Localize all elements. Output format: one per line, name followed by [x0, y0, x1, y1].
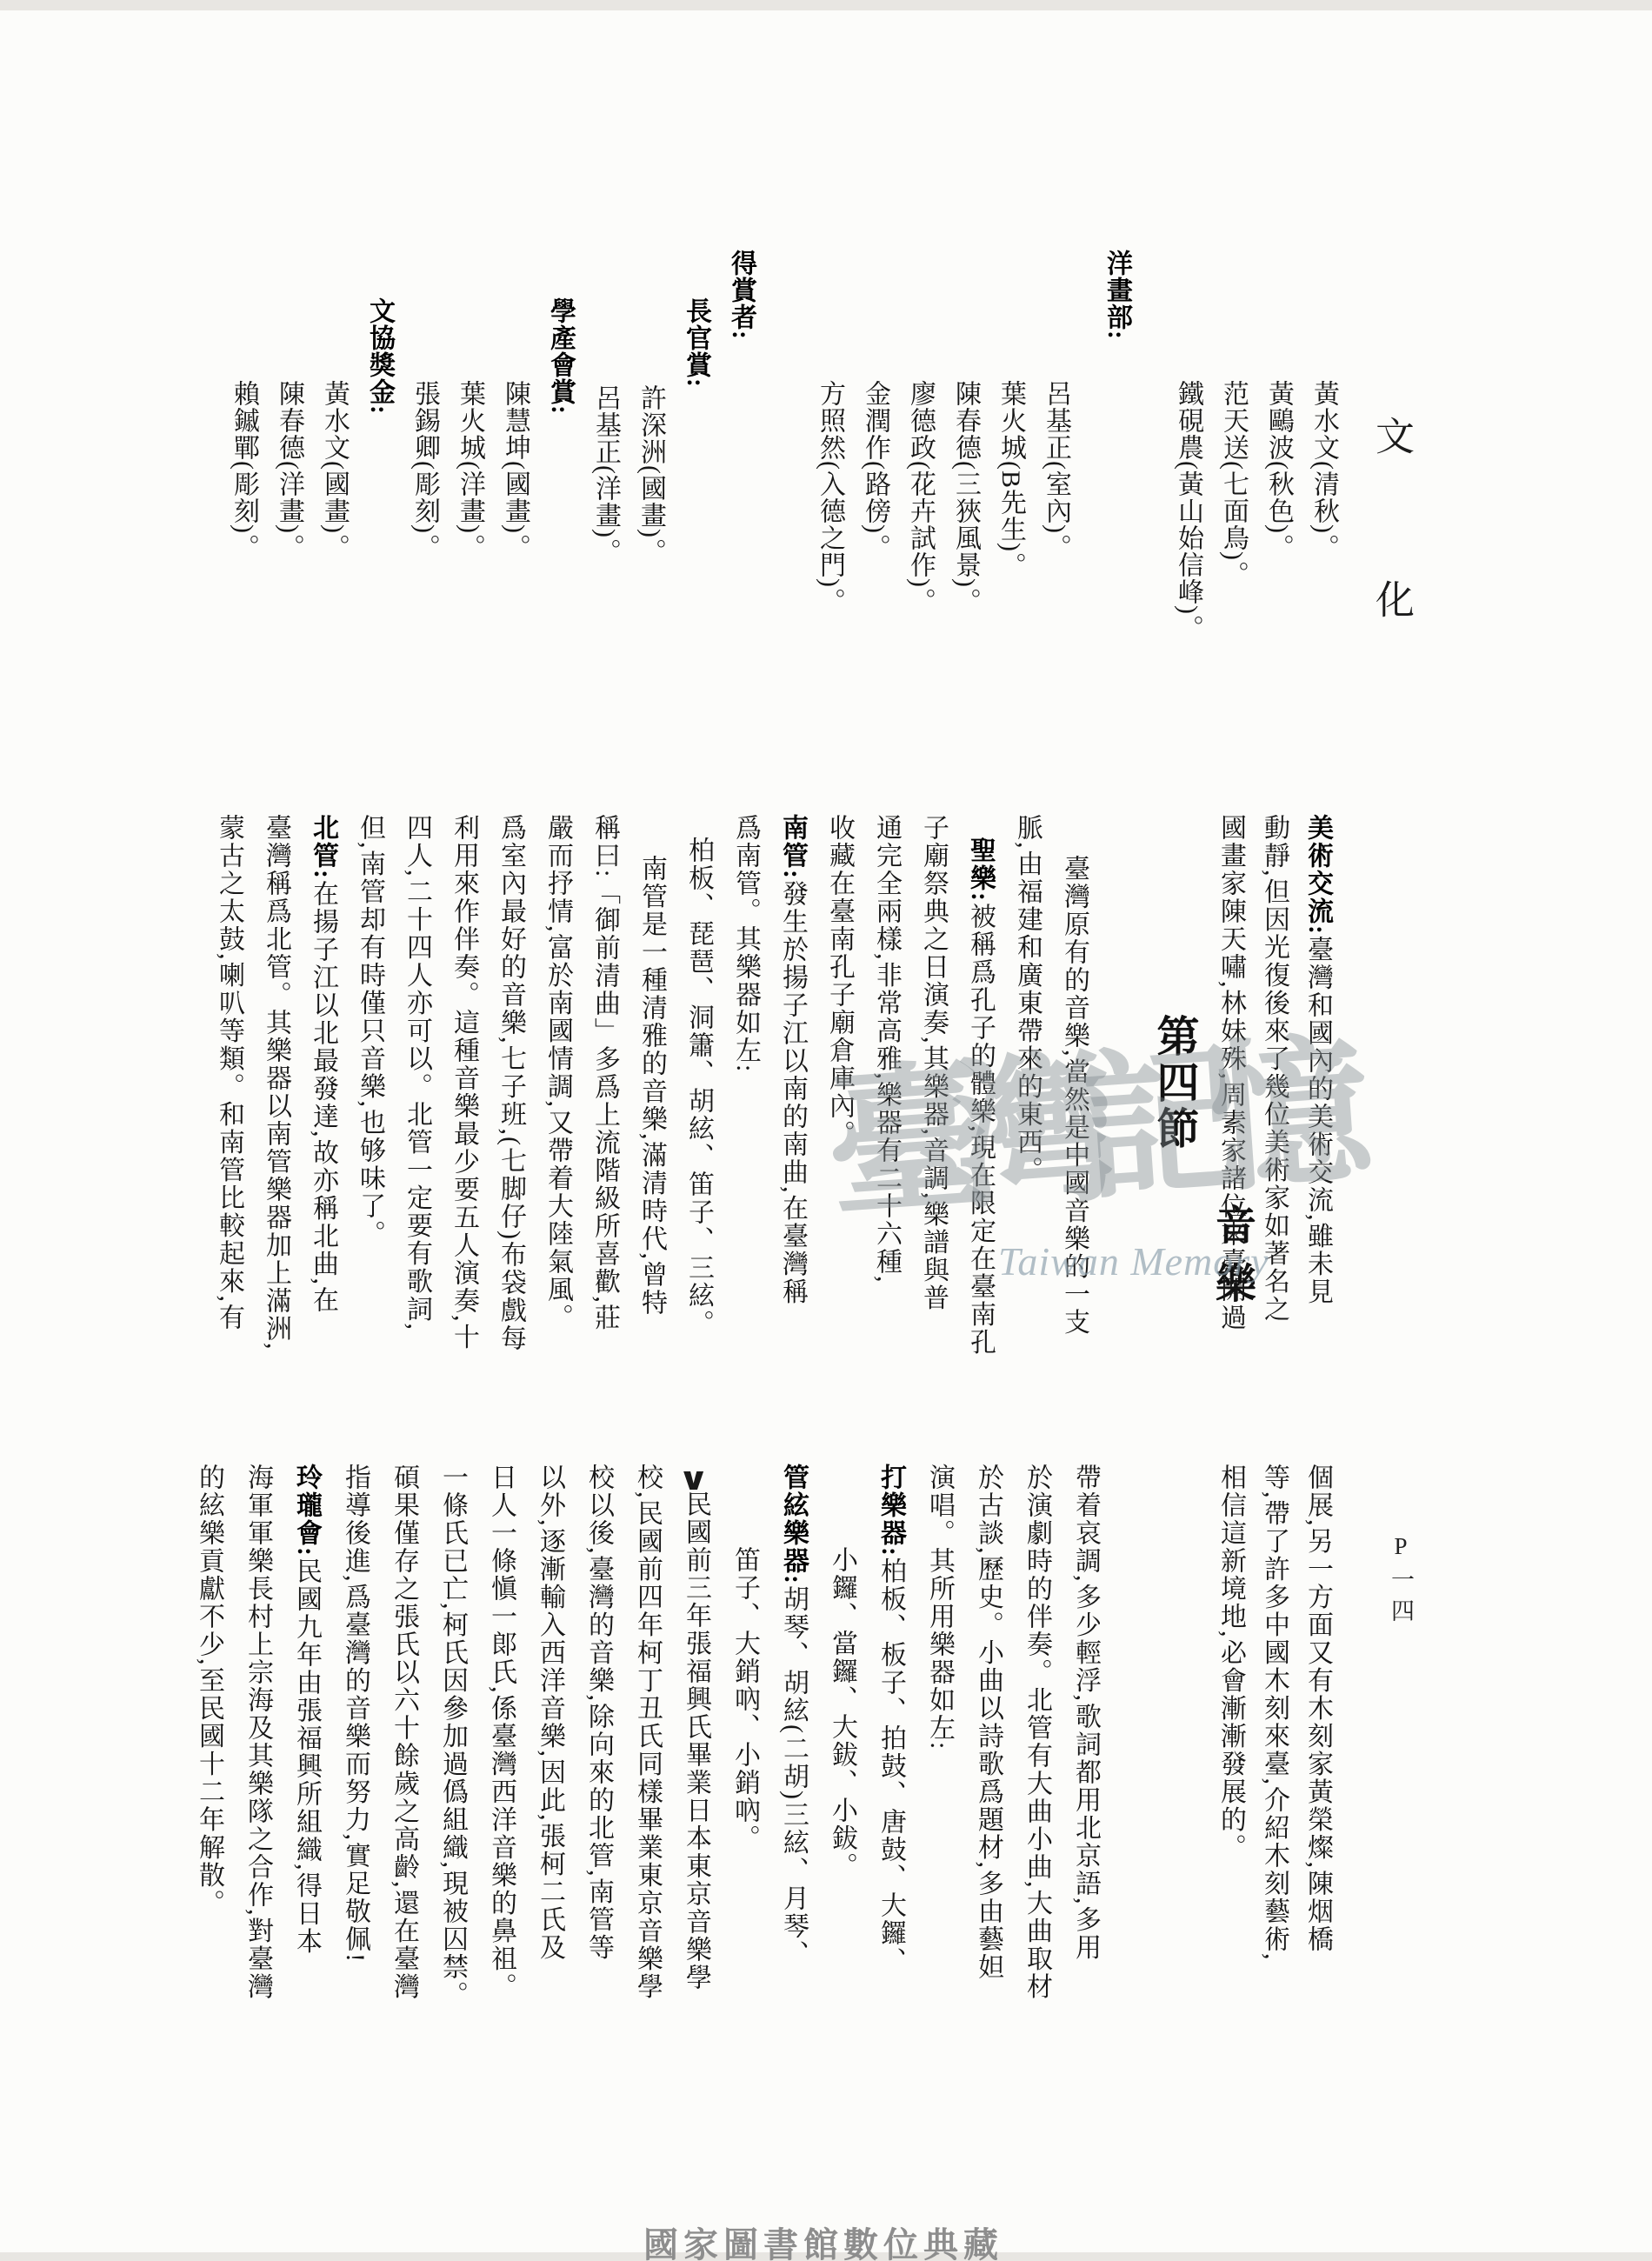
text-column: 管絃樂器:胡琴、胡絃(二胡)三絃、月琴、	[769, 1464, 817, 2072]
text-column: 於演劇時的伴奏。北管有大曲小曲,大曲取材	[1012, 1464, 1061, 2072]
text-column: 鐵硯農(黃山始信峰)。	[1165, 245, 1210, 732]
text-column: 美術交流:臺灣和國內的美術交流,雖未見	[1296, 814, 1339, 1423]
text-column: 脈,由福建和廣東帶來的東西。	[1003, 814, 1050, 1423]
text-column: 賴鏚鄲(彫刻)。	[221, 245, 266, 732]
art-exchange-paragraph: 美術交流:臺灣和國內的美術交流,雖未見動靜,但因光復後來了幾位美術家如著名之國畫…	[1209, 814, 1339, 1423]
text-column: 利用來作伴奏。這種音樂最少要五人演奏,十	[440, 814, 487, 1423]
text-column: 柏板、琵琶、洞簫、胡絃、笛子、三絃。	[675, 814, 722, 1423]
music-section-upper-text: 臺灣原有的音樂,當然是中國音樂的一支脈,由福建和廣東帶來的東西。聖樂:被稱爲孔子…	[205, 814, 1097, 1423]
text-column: 玲瓏會:民國九年由張福興所組織,得日本	[282, 1464, 330, 2072]
scan-edge-top	[0, 0, 1652, 10]
text-column: 許深洲(國畫)。	[628, 245, 673, 732]
text-column: 爲南管。其樂器如左:	[722, 814, 769, 1423]
paragraph-label: 長官賞:	[682, 297, 710, 388]
text-column: 但,南管却有時僅只音樂,也够味了。	[346, 814, 393, 1423]
text-column: 打樂器:柏板、板子、拍鼓、唐鼓、大鑼、	[866, 1464, 915, 2072]
text-column: 方照然(入德之門)。	[807, 245, 852, 732]
paragraph-label: 洋畫部:	[1102, 250, 1131, 340]
text-column: 陳春德(三狹風景)。	[943, 245, 988, 732]
text-column: 以外,逐漸輸入西洋音樂,因此,張柯二氏及	[525, 1464, 574, 2072]
text-column: 碩果僅存之張氏以六十餘歲之高齡,還在臺灣	[379, 1464, 428, 2072]
paragraph-label: 北管:	[309, 814, 337, 880]
art-exchange-paragraph-continued: 個展,另一方面又有木刻家黃榮燦,陳烟橋等,帶了許多中國木刻來臺,介紹木刻藝術,相…	[1209, 1464, 1339, 2072]
text-column: 笛子、大銷吶、小銷吶。	[720, 1464, 769, 2072]
text-column: 嚴而抒情,富於南國情調,又帶着大陸氣風。	[534, 814, 581, 1423]
text-column: 指導後進,爲臺灣的音樂而努力,實足敬佩!	[330, 1464, 379, 2072]
music-section-lower-text: 帶着哀調,多少輕浮,歌詞都用北京語,多用於演劇時的伴奏。北管有大曲小曲,大曲取材…	[184, 1464, 1109, 2072]
text-column: 四人,二十四人亦可以。北管一定要有歌詞,	[393, 814, 440, 1423]
text-column: 演唱。其所用樂器如左:	[915, 1464, 963, 2072]
text-column: 范天送(七面鳥)。	[1210, 245, 1256, 732]
text-column: 民國前三年張福興氏畢業日本東京音樂學	[671, 1464, 720, 2072]
text-column: 國畫家陳天嘯,林妹殊,周素家諸位來臺開過	[1209, 814, 1252, 1423]
text-column: 陳春德(洋畫)。	[266, 245, 311, 732]
text-column: 臺灣原有的音樂,當然是中國音樂的一支	[1050, 814, 1097, 1423]
text-column: 臺灣稱爲北管。其樂器以南管樂器加上滿洲,	[252, 814, 299, 1423]
text-column: 葉火城(B先生)。	[988, 245, 1033, 732]
text-column: 陳慧坤(國畫)。	[492, 245, 537, 732]
text-column: 南管:發生於揚子江以南的南曲,在臺灣稱	[769, 814, 816, 1423]
text-column: 相信這新境地,必會漸漸發展的。	[1209, 1464, 1252, 2072]
text-column: 葉火城(洋畫)。	[447, 245, 492, 732]
paragraph-label: 玲瓏會:	[292, 1464, 321, 1557]
paragraph-label: 管絃樂器:	[779, 1464, 808, 1585]
text-column: 的絃樂貢獻不少,至民國十二年解散。	[184, 1464, 233, 2072]
text-column: 北管:在揚子江以北最發達,故亦稱北曲,在	[299, 814, 346, 1423]
text-column: 一條氏已亡,柯氏因參加過僞組織,現被囚禁。	[428, 1464, 476, 2072]
text-column: 文協獎金:	[356, 245, 402, 732]
text-column: 校以後,臺灣的音樂,除向來的北管,南管等	[574, 1464, 623, 2072]
text-column: 呂基正(室內)。	[1033, 245, 1078, 732]
text-column: 日人一條愼一郞氏,係臺灣西洋音樂的鼻祖。	[476, 1464, 525, 2072]
text-column: 呂基正(洋畫)。	[583, 245, 628, 732]
paragraph-label: 文協獎金:	[365, 297, 394, 415]
text-column: 蒙古之太鼓,喇叭等類。和南管比較起來,有	[205, 814, 252, 1423]
text-column: 等,帶了許多中國木刻來臺,介紹木刻藝術,	[1252, 1464, 1296, 2072]
text-column: 黃水文(清秋)。	[1301, 245, 1346, 732]
text-column: 個展,另一方面又有木刻家黃榮燦,陳烟橋	[1296, 1464, 1339, 2072]
handwritten-check-mark: ∨	[677, 1461, 709, 1497]
text-column: 學產會賞:	[537, 245, 583, 732]
paragraph-label: 得賞者:	[727, 250, 756, 340]
page-number: P一四	[1384, 1533, 1418, 1630]
text-column: 稱曰:「御前清曲」多爲上流階級所喜歡,莊	[581, 814, 628, 1423]
text-column: 得賞者:	[718, 245, 763, 732]
text-column: 收藏在臺南孔子廟倉庫內。	[816, 814, 863, 1423]
text-column: 帶着哀調,多少輕浮,歌詞都用北京語,多用	[1061, 1464, 1109, 2072]
text-column: 黃鷗波(秋色)。	[1256, 245, 1301, 732]
text-column: 黃水文(國畫)。	[311, 245, 356, 732]
text-column: 海軍軍樂長村上宗海及其樂隊之合作,對臺灣	[233, 1464, 282, 2072]
paragraph-label: 學產會賞:	[546, 297, 575, 415]
text-column: 爲室內最好的音樂,七子班,(七脚仔)布袋戲每	[487, 814, 534, 1423]
text-column: 小鑼、當鑼、大鈸、小鈸。	[817, 1464, 866, 2072]
paragraph-label: 打樂器:	[876, 1464, 905, 1557]
text-column: 洋畫部:	[1094, 245, 1139, 732]
section-heading-number: 第四節	[1144, 1014, 1205, 1152]
text-column: 動靜,但因光復後來了幾位美術家如著名之	[1252, 814, 1296, 1423]
awards-list-section: 黃水文(清秋)。黃鷗波(秋色)。范天送(七面鳥)。鐵硯農(黃山始信峰)。洋畫部:…	[221, 245, 1346, 732]
scanned-document-page: 文化 黃水文(清秋)。黃鷗波(秋色)。范天送(七面鳥)。鐵硯農(黃山始信峰)。洋…	[0, 0, 1652, 2261]
text-column: 張錫卿(彫刻)。	[402, 245, 447, 732]
text-column: 聖樂:被稱爲孔子的體樂,現在限定在臺南孔	[956, 814, 1003, 1423]
text-column: 於古談,歷史。小曲以詩歌爲題材,多由藝妲	[963, 1464, 1012, 2072]
paragraph-label: 聖樂:	[966, 837, 995, 903]
text-column: 校,民國前四年柯丁丑氏同樣畢業東京音樂學	[623, 1464, 671, 2072]
paragraph-label: 美術交流:	[1303, 814, 1332, 936]
page-section-header: 文化	[1363, 416, 1420, 743]
text-column: 金潤作(路傍)。	[852, 245, 897, 732]
text-column: 子廟祭典之日演奏,其樂器,音調,樂譜與普	[909, 814, 956, 1423]
text-column: 廖德政(花卉試作)。	[897, 245, 943, 732]
text-column: 南管是一種清雅的音樂,滿清時代,曾特	[628, 814, 675, 1423]
text-column: 長官賞:	[673, 245, 718, 732]
text-column: 通完全兩樣,非常高雅,樂器有二十六種,	[863, 814, 909, 1423]
library-archive-stamp: 國家圖書館數位典藏	[643, 2218, 1003, 2261]
paragraph-label: 南管:	[778, 814, 807, 880]
